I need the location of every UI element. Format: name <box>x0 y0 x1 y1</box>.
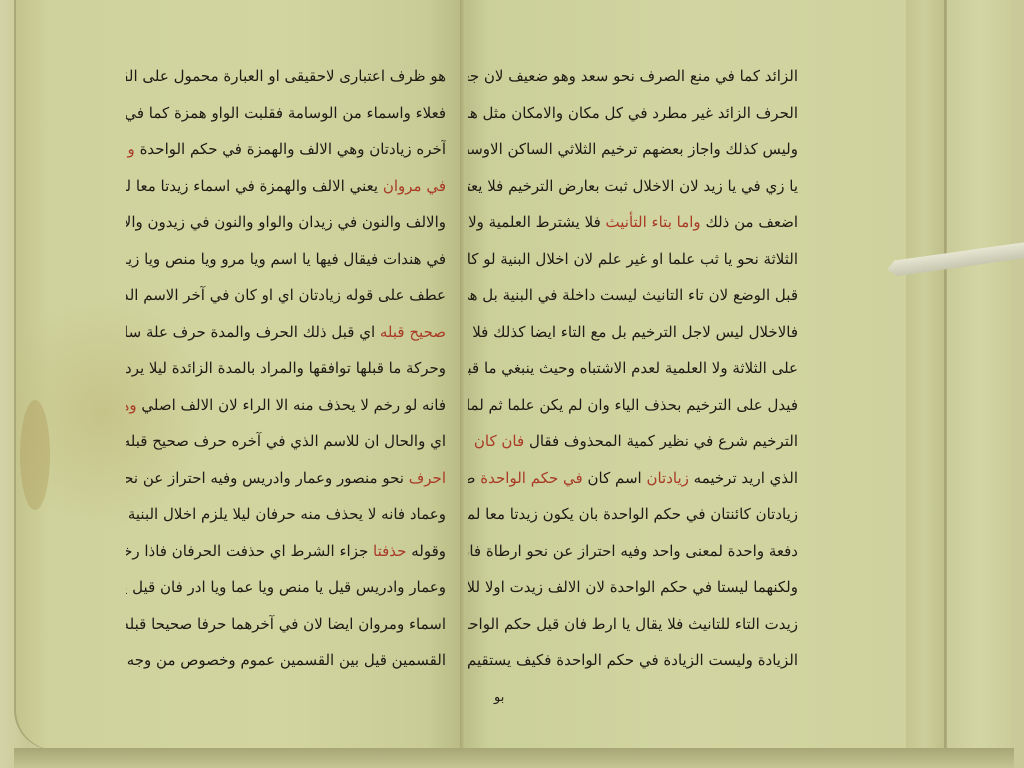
line-text: فيدل على الترخيم بحذف الياء وان لم يكن ع… <box>468 396 798 414</box>
manuscript-line: الزائد كما في منع الصرف نحو سعد وهو ضعيف… <box>468 58 798 95</box>
manuscript-line: وحركة ما قبلها توافقها والمراد بالمدة ال… <box>126 350 446 387</box>
line-text: وعمار وادريس قيل يا منص ويا عما ويا ادر … <box>126 578 446 596</box>
manuscript-line: اضعف من ذلك واما بتاء التأنيث فلا يشترط … <box>468 204 798 241</box>
line-text: قبل الوضع لان تاء التانيث ليست داخلة في … <box>468 286 798 304</box>
rubric-text: صحيح قبله <box>375 323 446 341</box>
manuscript-line: احرف نحو منصور وعمار وادريس وفيه احتراز … <box>126 460 446 497</box>
page-edges-outer <box>946 0 1011 768</box>
manuscript-line: فعلاء واسماء من الوسامة فقلبت الواو همزة… <box>126 95 446 132</box>
rubric-text: و <box>126 140 135 158</box>
line-text: نحو منصور وعمار وادريس وفيه احتراز عن نح… <box>126 469 404 487</box>
manuscript-line: وعمار وادريس قيل يا منص ويا عما ويا ادر … <box>126 569 446 606</box>
line-text: فانه لو رخم لا يحذف منه الا الراء لان ال… <box>137 396 446 414</box>
line-text: هو ظرف اعتباری لاحقیقی او العبارة محمول … <box>126 67 446 85</box>
water-stain <box>20 400 50 510</box>
line-text: دفعة واحدة لمعنى واحد وفيه احتراز عن نحو… <box>468 542 798 560</box>
line-text: القسمين قيل بين القسمين عموم وخصوص من وج… <box>126 651 446 669</box>
rubric-text: في مروان <box>378 177 446 195</box>
line-text: فالاخلال ليس لاجل الترخيم بل مع التاء اي… <box>468 323 798 341</box>
manuscript-line: آخره زيادتان وهي الالف والهمزة في حكم ال… <box>126 131 446 168</box>
line-text: اسماء ومروان ايضا لان في آخرهما حرفا صحي… <box>126 615 446 633</box>
manuscript-line: يا زي في يا زيد لان الاخلال ثبت بعارض ال… <box>468 168 798 205</box>
book-bottom-edge <box>14 748 1014 768</box>
line-text: زيادتان كائنتان في حكم الواحدة بان يكون … <box>468 505 798 523</box>
line-text: على الثلاثة ولا العلمية لعدم الاشتباه وح… <box>468 359 798 377</box>
right-page-text: الزائد كما في منع الصرف نحو سعد وهو ضعيف… <box>468 58 798 679</box>
manuscript-line: وعماد فانه لا يحذف منه حرفان ليلا يلزم ا… <box>126 496 446 533</box>
line-text: صفة زيادتان اي <box>468 469 476 487</box>
line-text: وقوله <box>406 542 446 560</box>
manuscript-line: زيدت التاء للتانيث فلا يقال يا ارط فان ق… <box>468 606 798 643</box>
manuscript-line: على الثلاثة ولا العلمية لعدم الاشتباه وح… <box>468 350 798 387</box>
manuscript-line: وقوله حذفتا جزاء الشرط اي حذفت الحرفان ف… <box>126 533 446 570</box>
book-gutter <box>460 0 466 750</box>
line-text: وحركة ما قبلها توافقها والمراد بالمدة ال… <box>126 359 446 377</box>
manuscript-line: فانه لو رخم لا يحذف منه الا الراء لان ال… <box>126 387 446 424</box>
line-text: في هندات فيقال فيها يا اسم ويا مرو ويا م… <box>126 250 446 268</box>
line-text: فلا يشترط العلمية ولا الزيادة على <box>468 213 601 231</box>
line-text: الحرف الزائد غير مطرد في كل مكان والامكا… <box>468 104 798 122</box>
line-text: الزيادة وليست الزيادة في حكم الواحدة فكي… <box>468 651 798 669</box>
manuscript-line: فالاخلال ليس لاجل الترخيم بل مع التاء اي… <box>468 314 798 351</box>
manuscript-line: الحرف الزائد غير مطرد في كل مكان والامكا… <box>468 95 798 132</box>
manuscript-line: هو ظرف اعتباری لاحقیقی او العبارة محمول … <box>126 58 446 95</box>
manuscript-line: صحيح قبله اي قبل ذلك الحرف والمدة حرف عل… <box>126 314 446 351</box>
rubric-text: واما بتاء التأنيث <box>601 213 701 231</box>
line-text: اضعف من ذلك <box>701 213 798 231</box>
manuscript-line: اي والحال ان للاسم الذي في آخره حرف صحيح… <box>126 423 446 460</box>
manuscript-line: وليس كذلك واجاز بعضهم ترخيم الثلاثي السا… <box>468 131 798 168</box>
manuscript-line: الترخيم شرع في نظير كمية المحذوف فقال فا… <box>468 423 798 460</box>
line-text: زيدت التاء للتانيث فلا يقال يا ارط فان ق… <box>468 615 798 633</box>
manuscript-line: الزيادة وليست الزيادة في حكم الواحدة فكي… <box>468 642 798 679</box>
line-text: يا زي في يا زيد لان الاخلال ثبت بعارض ال… <box>468 177 798 195</box>
rubric-text: احرف <box>404 469 446 487</box>
line-text: ولكنهما ليستا في حكم الواحدة لان الالف ز… <box>468 578 798 596</box>
rubric-text: حذفتا <box>368 542 406 560</box>
line-text: عطف على قوله زيادتان اي او كان في آخر ال… <box>126 286 446 304</box>
page-edges <box>906 0 946 760</box>
manuscript-line: الثلاثة نحو يا ثب علما او غير علم لان اخ… <box>468 241 798 278</box>
manuscript-line: ولكنهما ليستا في حكم الواحدة لان الالف ز… <box>468 569 798 606</box>
line-text: الترخيم شرع في نظير كمية المحذوف فقال <box>524 432 798 450</box>
line-text: الزائد كما في منع الصرف نحو سعد وهو ضعيف… <box>468 67 798 85</box>
manuscript-line: دفعة واحدة لمعنى واحد وفيه احتراز عن نحو… <box>468 533 798 570</box>
line-text: جزاء الشرط اي حذفت الحرفان فاذا رخم نحو … <box>126 542 368 560</box>
line-text: اي قبل ذلك الحرف <box>251 323 375 341</box>
line-text: يعني الالف والهمزة في اسماء زيدتا معا لم… <box>126 177 378 195</box>
folio-mark: بو <box>494 690 504 705</box>
line-text: اي والحال ان للاسم الذي في آخره حرف صحيح… <box>126 432 446 450</box>
line-text: وليس كذلك واجاز بعضهم ترخيم الثلاثي السا… <box>468 140 798 158</box>
left-page-text: هو ظرف اعتباری لاحقیقی او العبارة محمول … <box>126 58 446 679</box>
rubric-text: فان كان في آخره <box>468 432 524 450</box>
manuscript-line: القسمين قيل بين القسمين عموم وخصوص من وج… <box>126 642 446 679</box>
line-text: فعلاء واسماء من الوسامة فقلبت الواو همزة… <box>126 104 446 122</box>
rubric-text: وهو <box>126 396 137 414</box>
line-text: وعماد فانه لا يحذف منه حرفان ليلا يلزم ا… <box>126 505 446 523</box>
manuscript-line: اسماء ومروان ايضا لان في آخرهما حرفا صحي… <box>126 606 446 643</box>
manuscript-line: الذي اريد ترخيمه زيادتان اسم كان في حكم … <box>468 460 798 497</box>
manuscript-line: في مروان يعني الالف والهمزة في اسماء زيد… <box>126 168 446 205</box>
line-text: آخره زيادتان وهي الالف والهمزة في حكم ال… <box>135 140 446 158</box>
line-text: والمدة حرف علة ساكنة <box>126 323 251 341</box>
manuscript-line: قبل الوضع لان تاء التانيث ليست داخلة في … <box>468 277 798 314</box>
manuscript-line: والالف والنون في زيدان والواو والنون في … <box>126 204 446 241</box>
line-text: والالف والنون في زيدان والواو والنون في … <box>126 213 446 231</box>
line-text: الثلاثة نحو يا ثب علما او غير علم لان اخ… <box>468 250 798 268</box>
manuscript-line: عطف على قوله زيادتان اي او كان في آخر ال… <box>126 277 446 314</box>
line-text: الذي اريد ترخيمه <box>689 469 798 487</box>
rubric-text: زيادتان <box>642 469 689 487</box>
manuscript-line: فيدل على الترخيم بحذف الياء وان لم يكن ع… <box>468 387 798 424</box>
line-text: اسم كان <box>583 469 642 487</box>
rubric-text: في حكم الواحدة <box>476 469 583 487</box>
manuscript-line: زيادتان كائنتان في حكم الواحدة بان يكون … <box>468 496 798 533</box>
manuscript-line: في هندات فيقال فيها يا اسم ويا مرو ويا م… <box>126 241 446 278</box>
